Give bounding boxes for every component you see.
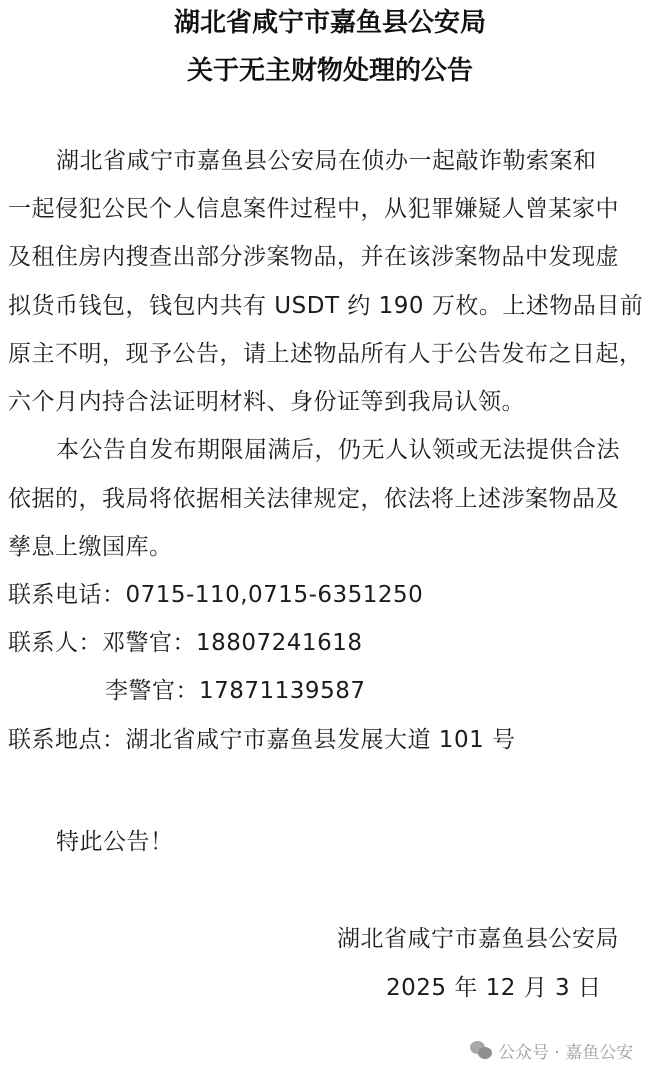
paragraph2-line: 依据的，我局将依据相关法律规定，依法将上述涉案物品及: [8, 480, 619, 513]
wechat-watermark: 公众号 · 嘉鱼公安: [470, 1038, 633, 1063]
paragraph2-line: 孳息上缴国库。: [8, 528, 173, 561]
contact-person-deng: 联系人：邓警官：18807241618: [8, 624, 362, 657]
contact-person-li: 李警官：17871139587: [105, 672, 365, 705]
paragraph1-line: 原主不明，现予公告，请上述物品所有人于公告发布之日起，: [8, 335, 643, 368]
signature-date: 2025 年 12 月 3 日: [386, 969, 602, 1002]
paragraph1-line: 湖北省咸宁市嘉鱼县公安局在侦办一起敲诈勒索案和: [56, 142, 597, 175]
signature-org: 湖北省咸宁市嘉鱼县公安局: [337, 920, 619, 953]
paragraph1-line: 及租住房内搜查出部分涉案物品，并在该涉案物品中发现虚: [8, 238, 619, 271]
paragraph2-line: 本公告自发布期限届满后，仍无人认领或无法提供合法: [56, 431, 620, 464]
wechat-icon: [470, 1041, 492, 1061]
paragraph1-line: 六个月内持合法证明材料、身份证等到我局认领。: [8, 383, 525, 416]
contact-address: 联系地点：湖北省咸宁市嘉鱼县发展大道 101 号: [8, 721, 516, 754]
paragraph1-line: 拟货币钱包，钱包内共有 USDT 约 190 万枚。上述物品目前: [8, 287, 643, 320]
paragraph1-line: 一起侵犯公民个人信息案件过程中，从犯罪嫌疑人曾某家中: [8, 190, 619, 223]
watermark-text: 公众号 · 嘉鱼公安: [498, 1038, 633, 1063]
notice-title-line1: 湖北省咸宁市嘉鱼县公安局: [0, 2, 660, 39]
notice-title-line2: 关于无主财物处理的公告: [0, 50, 660, 87]
contact-phone: 联系电话：0715-110,0715-6351250: [8, 576, 423, 609]
closing-statement: 特此公告！: [56, 823, 174, 856]
